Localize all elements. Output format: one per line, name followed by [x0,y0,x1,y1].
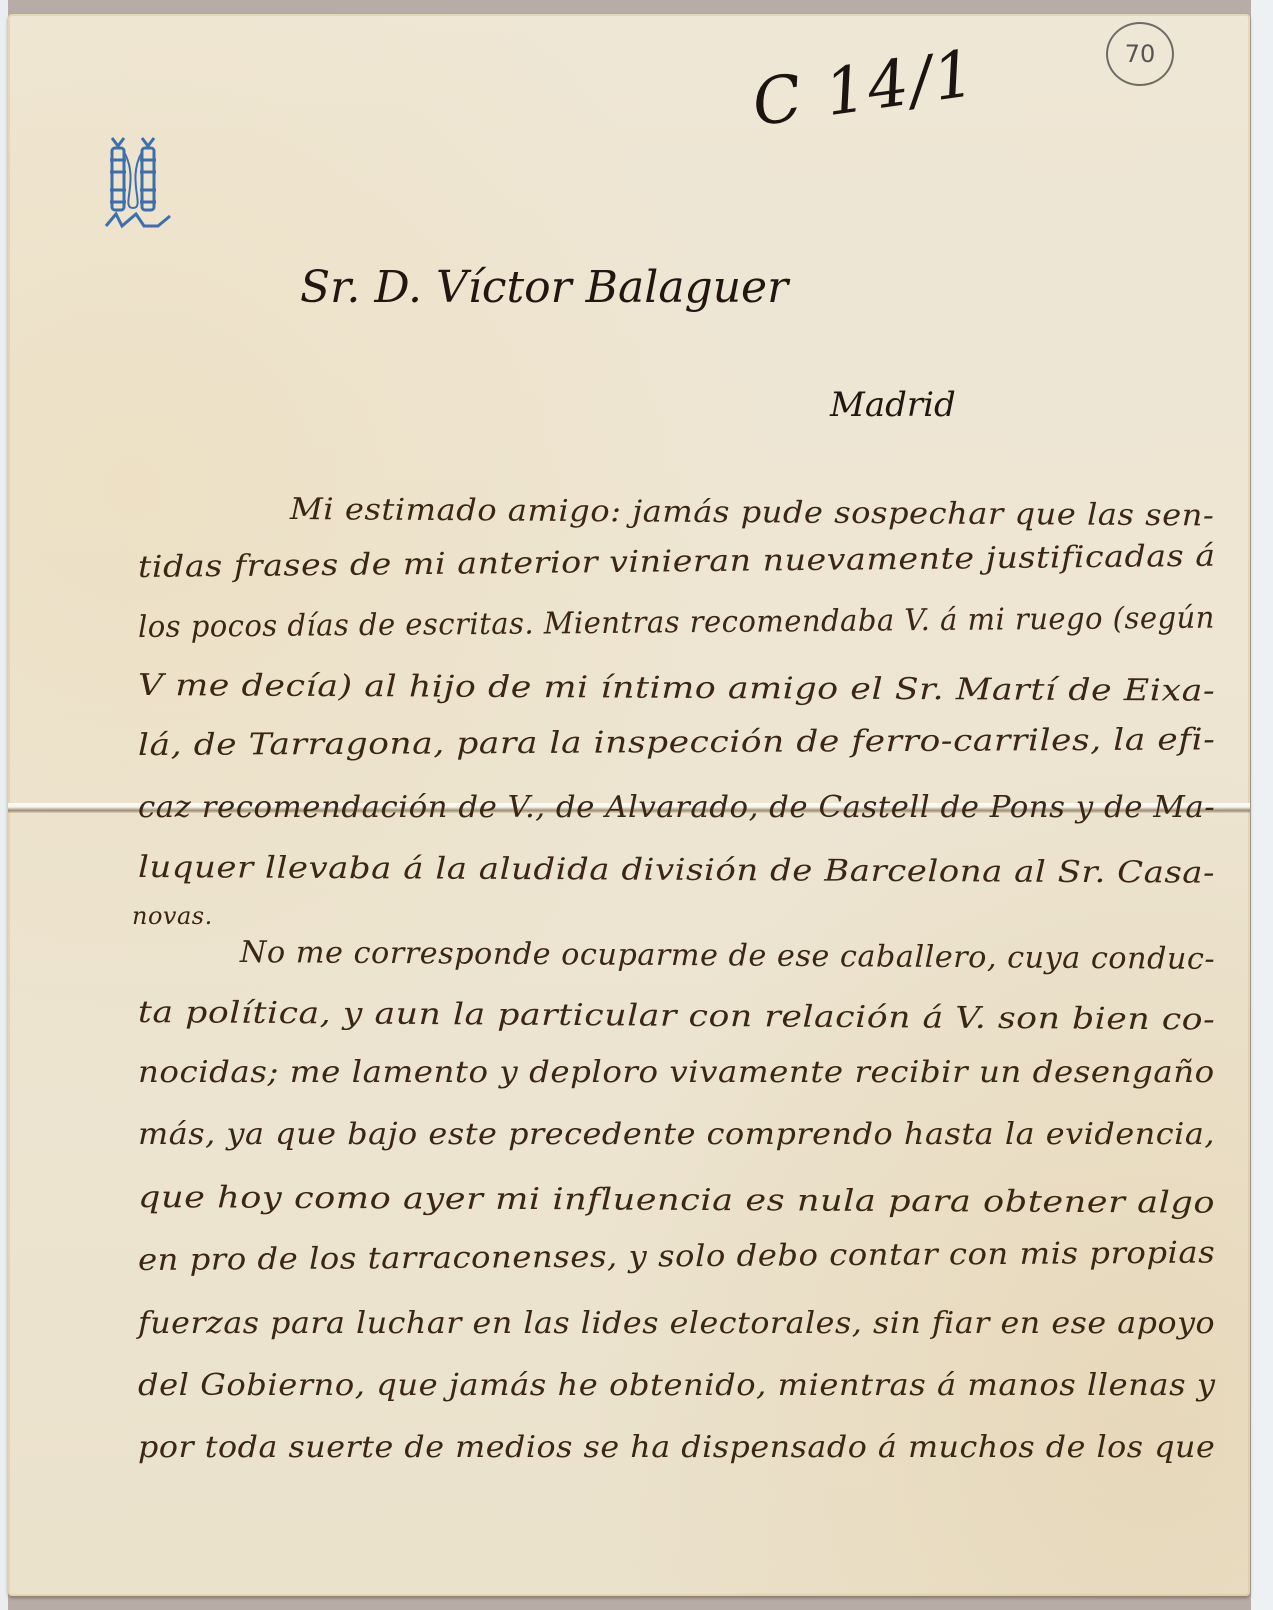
letter-line: Mi estimado amigo: jamás pude sospechar … [290,492,1215,533]
letter-line: más, ya que bajo este precedente compren… [138,1117,1215,1152]
folio-number-label: 70 [1125,40,1156,68]
letter-line: luquer llevaba á la aludida división de … [138,850,1215,891]
letter-line: nocidas; me lamento y deploro vivamente … [138,1055,1215,1090]
letter-line: por toda suerte de medios se ha dispensa… [138,1430,1215,1465]
letter-line: caz recomendación de V., de Alvarado, de… [138,790,1215,825]
recipient-place: Madrid [830,385,956,425]
letter-line: del Gobierno, que jamás he obtenido, mie… [138,1368,1216,1403]
scan-border-right [1251,0,1273,1610]
letter-line: que hoy como ayer mi influencia es nula … [138,1180,1215,1221]
letter-line: lá, de Tarragona, para la inspección de … [138,722,1216,763]
letter-line: fuerzas para luchar en las lides elector… [138,1306,1215,1341]
recipient-name: Sr. D. Víctor Balaguer [300,262,788,313]
letter-line: V me decía) al hijo de mi íntimo amigo e… [138,668,1215,709]
letter-line: novas. [132,902,213,930]
folio-number: 70 [1106,22,1174,86]
letter-line: No me corresponde ocuparme de ese caball… [240,935,1215,977]
monogram-icon [100,130,190,230]
scan-border-left [0,0,8,1610]
